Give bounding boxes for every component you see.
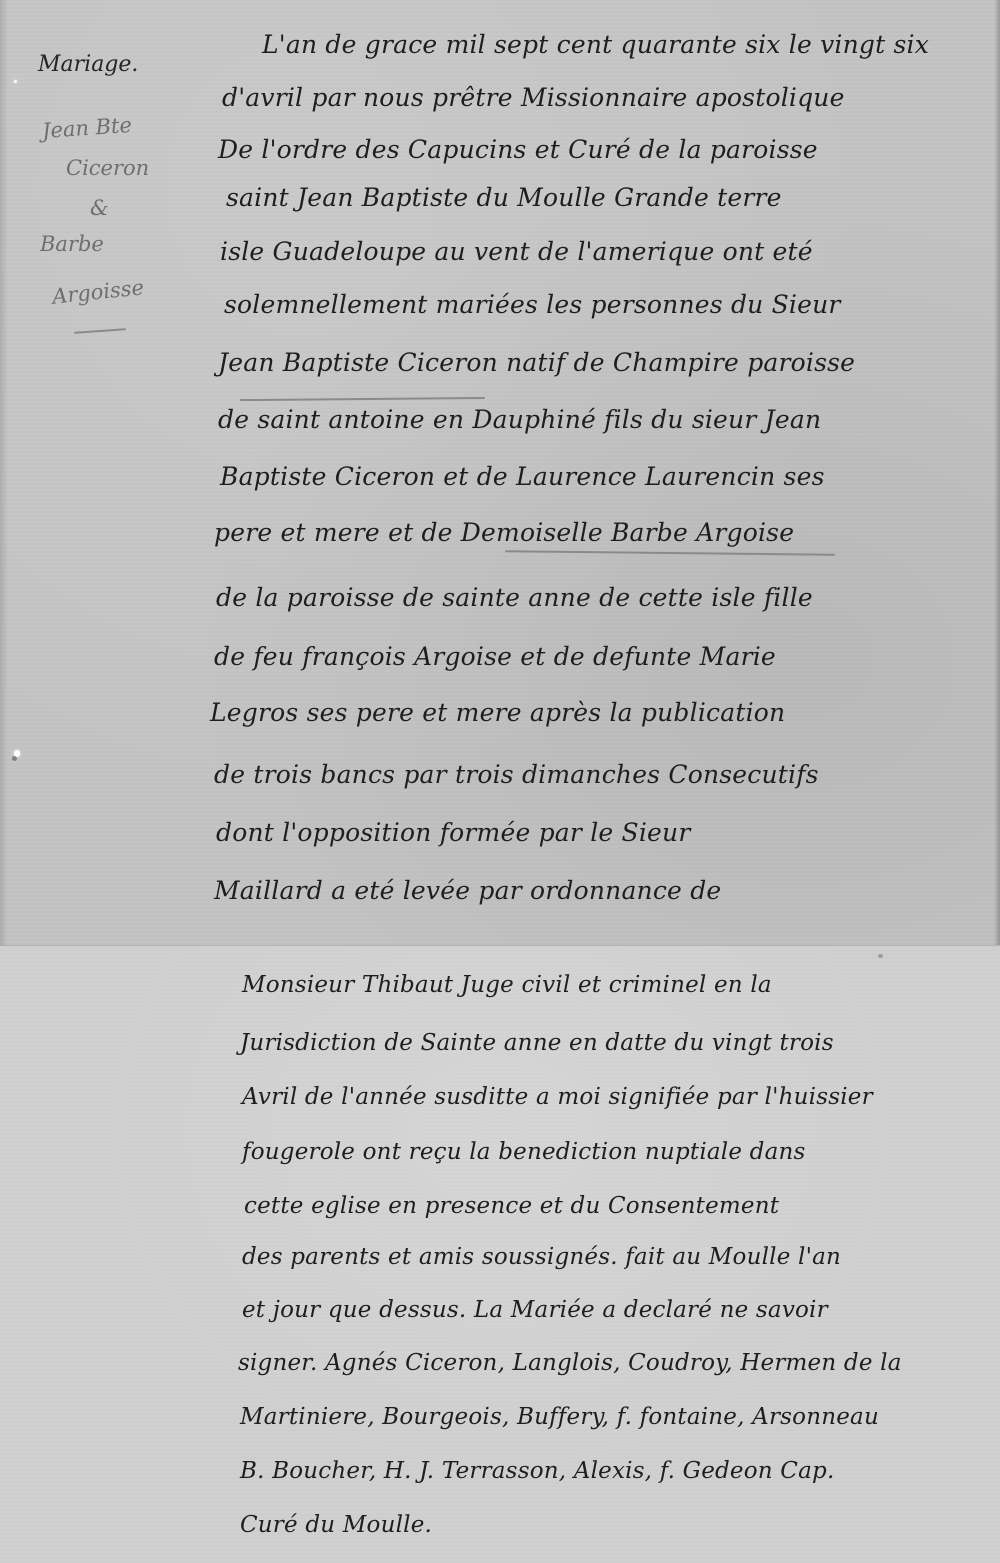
text-line: isle Guadeloupe au vent de l'amerique on… xyxy=(220,237,813,266)
text-line: Jurisdiction de Sainte anne en datte du … xyxy=(240,1030,834,1056)
text-line: Martiniere, Bourgeois, Buffery, f. fonta… xyxy=(240,1404,879,1430)
text-line: de saint antoine en Dauphiné fils du sie… xyxy=(218,405,821,434)
text-line: Maillard a eté levée par ordonnance de xyxy=(214,876,721,905)
margin-annotation-line: Barbe xyxy=(40,232,104,256)
text-line: Curé du Moulle. xyxy=(240,1512,432,1538)
text-line: De l'ordre des Capucins et Curé de la pa… xyxy=(218,135,818,164)
name-underline xyxy=(505,550,835,555)
margin-annotation-line: Jean Bte xyxy=(41,113,132,143)
text-line: Legros ses pere et mere après la publica… xyxy=(210,698,785,727)
margin-title: Mariage. xyxy=(38,52,138,77)
text-line: d'avril par nous prêtre Missionnaire apo… xyxy=(222,83,845,112)
text-line: signer. Agnés Ciceron, Langlois, Coudroy… xyxy=(238,1350,902,1376)
paper-damage xyxy=(14,80,17,83)
text-line: Baptiste Ciceron et de Laurence Laurenci… xyxy=(220,462,825,491)
text-line: de feu françois Argoise et de defunte Ma… xyxy=(214,642,776,671)
name-underline xyxy=(240,397,485,401)
manuscript-scan: Mariage. Jean Bte Ciceron & Barbe Argois… xyxy=(0,0,1000,1563)
text-line: pere et mere et de Demoiselle Barbe Argo… xyxy=(214,518,794,547)
text-line: dont l'opposition formée par le Sieur xyxy=(216,818,691,847)
text-line: fougerole ont reçu la benediction nuptia… xyxy=(242,1139,806,1165)
text-line: Avril de l'année susditte a moi signifié… xyxy=(242,1084,873,1110)
text-line: et jour que dessus. La Mariée a declaré … xyxy=(242,1297,828,1323)
margin-annotation-line: Argoisse xyxy=(51,275,145,308)
text-line: de trois bancs par trois dimanches Conse… xyxy=(214,760,819,789)
page-1: Mariage. Jean Bte Ciceron & Barbe Argois… xyxy=(0,0,1000,946)
ink-spot xyxy=(12,756,17,761)
text-line: saint Jean Baptiste du Moulle Grande ter… xyxy=(226,183,782,212)
text-line: B. Boucher, H. J. Terrasson, Alexis, f. … xyxy=(240,1458,834,1484)
text-line: cette eglise en presence et du Consentem… xyxy=(244,1193,779,1219)
text-line: Jean Baptiste Ciceron natif de Champire … xyxy=(218,348,855,377)
text-line: de la paroisse de sainte anne de cette i… xyxy=(216,583,813,612)
margin-annotation-line: Ciceron xyxy=(66,156,149,180)
text-line: L'an de grace mil sept cent quarante six… xyxy=(262,30,929,59)
margin-underline xyxy=(74,328,126,334)
text-line: des parents et amis soussignés. fait au … xyxy=(242,1244,841,1270)
margin-annotation-line: & xyxy=(90,196,109,220)
ink-spot xyxy=(878,954,883,958)
text-line: Monsieur Thibaut Juge civil et criminel … xyxy=(242,972,772,998)
page-2: Monsieur Thibaut Juge civil et criminel … xyxy=(0,946,1000,1563)
text-line: solemnellement mariées les personnes du … xyxy=(224,290,841,319)
